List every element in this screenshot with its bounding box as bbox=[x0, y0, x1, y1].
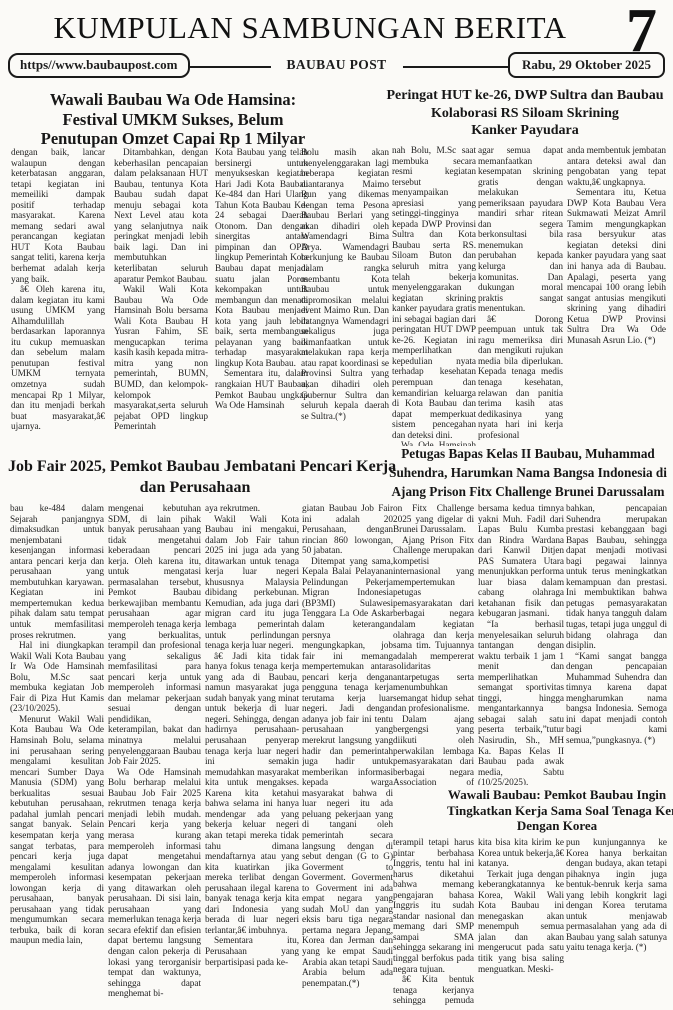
paragraph: Wakil Wali Kota Baubau Wa Ode Hamsinah B… bbox=[114, 285, 208, 433]
headline-line: Kolaborasi RS Siloam Skrining bbox=[382, 105, 668, 123]
paragraph: Ditempat yang sama, Kepala Balai Pelayan… bbox=[302, 557, 393, 989]
site-url: https//www.baubaupost.com bbox=[8, 53, 190, 78]
paragraph: Ditambahkan, dengan keberhasilan pencapa… bbox=[114, 148, 208, 285]
article-column: terampil tetapi harus pintar berbahasa I… bbox=[393, 838, 474, 1006]
paragraph: pun kunjungannya ke Korea hanya berkaita… bbox=[566, 838, 667, 954]
paragraph: Terkait juga dengan keberangkatannya ke … bbox=[478, 870, 564, 975]
paragraph: â€ Kita bentuk tenaga kerjanya sehingga … bbox=[393, 975, 474, 1006]
article-column: dengan baik, lancar walaupun dengan kete… bbox=[11, 148, 105, 446]
article-column: pun kunjungannya ke Korea hanya berkaita… bbox=[566, 838, 667, 1006]
paragraph: Sementara itu, dalam rangkaian HUT Bauba… bbox=[215, 369, 308, 411]
paragraph: â€ Jadi kita tidak hanya fokus tenaga ke… bbox=[205, 652, 299, 937]
headline-line: Peringat HUT ke-26, DWP Sultra dan Bauba… bbox=[382, 87, 668, 105]
article-column: bahkan, pencapaian Suhendra merupakan pr… bbox=[566, 504, 667, 785]
article-column: on Fitx Challenge 2025 yang digelar di B… bbox=[393, 504, 474, 785]
date-badge: Rabu, 29 Oktober 2025 bbox=[508, 52, 665, 78]
article-column: agar semua dapat memanfaatkan kesempatan… bbox=[478, 146, 563, 446]
paragraph: dengan baik, lancar walaupun dengan kete… bbox=[11, 148, 105, 285]
paragraph: giatan Baubau Job Fair ini adalah 20 Per… bbox=[302, 504, 393, 557]
headline-line: Tingkatkan Kerja Sama Soal Tenaga Kerja bbox=[447, 803, 667, 819]
headline-line: Kanker Payudara bbox=[382, 122, 668, 140]
article-column: giatan Baubau Job Fair ini adalah 20 Per… bbox=[302, 504, 393, 1006]
paragraph: Wa Ode Hamsinah Bolu berharap melalui Ba… bbox=[108, 768, 201, 1000]
paragraph: bau ke-484 dalam Sejarah panjangnya dima… bbox=[10, 504, 104, 641]
paragraph: Hal ini diungkapkan Wakil Wali Kota Baub… bbox=[10, 641, 104, 715]
article-column: bau ke-484 dalam Sejarah panjangnya dima… bbox=[10, 504, 104, 1006]
article-column: bersama kedua timnya yakni Muh. Fadil da… bbox=[478, 504, 564, 785]
paragraph: “Kami sangat bangga dengan pencapaian Mu… bbox=[566, 652, 667, 747]
masthead: BAUBAU POST bbox=[270, 57, 402, 73]
paragraph: â€ Oleh karena itu, dalam kegiatan itu k… bbox=[11, 285, 105, 433]
headline-line: Dengan Korea bbox=[447, 818, 667, 834]
paragraph: bersama kedua timnya yakni Muh. Fadil da… bbox=[478, 504, 564, 620]
headline-line: Festival UMKM Sukses, Belum bbox=[6, 110, 340, 130]
newspaper-page: KUMPULAN SAMBUNGAN BERITA 7 https//www.b… bbox=[0, 0, 673, 1010]
article-column: Bolu masih akan menyelenggarakan lagi be… bbox=[301, 148, 389, 446]
paragraph: Wakil Wali Kota Baubau ini mengakui, dal… bbox=[205, 515, 299, 652]
headline-dwp-skrining: Peringat HUT ke-26, DWP Sultra dan Bauba… bbox=[382, 87, 668, 140]
headline-job-fair: Job Fair 2025, Pemkot Baubau Jembatani P… bbox=[8, 456, 382, 498]
headline-line: Job Fair 2025, Pemkot Baubau Jembatani P… bbox=[8, 456, 382, 477]
headline-line: Ajang Prison Fitx Challenge Brunei Darus… bbox=[388, 482, 668, 501]
paragraph: Kota Baubau yang telah bersinergi untuk … bbox=[215, 148, 308, 369]
paragraph: Dalam ajang bergengsi yang diikuti oleh … bbox=[393, 715, 474, 785]
article-column: Kota Baubau yang telah bersinergi untuk … bbox=[215, 148, 308, 446]
headline-bapas-prison-fitx: Petugas Bapas Kelas II Baubau, MuhammadS… bbox=[388, 444, 668, 501]
headline-kerja-sama-korea: Wawali Baubau: Pemkot Baubau InginTingka… bbox=[447, 787, 667, 834]
headline-line: Penutupan Omzet Capai Rp 1 Milyar bbox=[6, 129, 340, 149]
headline-line: Suhendra, Harumkan Nama Bangsa Indonesia… bbox=[388, 463, 668, 482]
headline-line: dan Perusahaan bbox=[8, 477, 382, 498]
paragraph: “Ia berhasil menyelesaikan seluruh tanta… bbox=[478, 620, 564, 785]
paragraph: anda membentuk jembatan antara deteksi a… bbox=[567, 146, 666, 188]
paragraph: â€ Dorong peempuan untuk tak ragu memeri… bbox=[478, 315, 563, 442]
paragraph: Bolu masih akan menyelenggarakan lagi be… bbox=[301, 148, 389, 422]
paragraph: agar semua dapat memanfaatkan kesempatan… bbox=[478, 146, 563, 315]
article-column: kita bisa kita kirim ke Korea untuk beke… bbox=[478, 838, 564, 1006]
paragraph: Sementara itu, Perusahaan yang berpartis… bbox=[205, 936, 299, 968]
article-column: anda membentuk jembatan antara deteksi a… bbox=[567, 146, 666, 446]
paragraph: nah Bolu, M.Sc saat membuka secara resmi… bbox=[392, 146, 476, 441]
paragraph: on Fitx Challenge 2025 yang digelar di B… bbox=[393, 504, 474, 536]
paragraph: aya rekrutmen. bbox=[205, 504, 299, 515]
headline-line: Wawali Baubau: Pemkot Baubau Ingin bbox=[447, 787, 667, 803]
headline-line: Petugas Bapas Kelas II Baubau, Muhammad bbox=[388, 444, 668, 463]
page-title: KUMPULAN SAMBUNGAN BERITA bbox=[40, 10, 580, 46]
article-column: nah Bolu, M.Sc saat membuka secara resmi… bbox=[392, 146, 476, 446]
headline-line: Wawali Baubau Wa Ode Hamsina: bbox=[6, 90, 340, 110]
article-column: mengenai kebutuhan SDM, di lain pihak ba… bbox=[108, 504, 201, 1006]
paragraph: mengenai kebutuhan SDM, di lain pihak ba… bbox=[108, 504, 201, 768]
paragraph: bahkan, pencapaian Suhendra merupakan pr… bbox=[566, 504, 667, 652]
article-column: Ditambahkan, dengan keberhasilan pencapa… bbox=[114, 148, 208, 446]
paragraph: kita bisa kita kirim ke Korea untuk beke… bbox=[478, 838, 564, 870]
article-column: aya rekrutmen.Wakil Wali Kota Baubau ini… bbox=[205, 504, 299, 1006]
paragraph: Sementara itu, Ketua DWP Kota Baubau Ver… bbox=[567, 188, 666, 346]
paragraph: Menurut Wakil Wali Kota Baubau Wa Ode Ha… bbox=[10, 715, 104, 947]
headline-festival-umkm: Wawali Baubau Wa Ode Hamsina:Festival UM… bbox=[6, 90, 340, 149]
paragraph: terampil tetapi harus pintar berbahasa I… bbox=[393, 838, 474, 975]
paragraph: Ajang Prison Fitx Challenge merupakan ko… bbox=[393, 536, 474, 715]
